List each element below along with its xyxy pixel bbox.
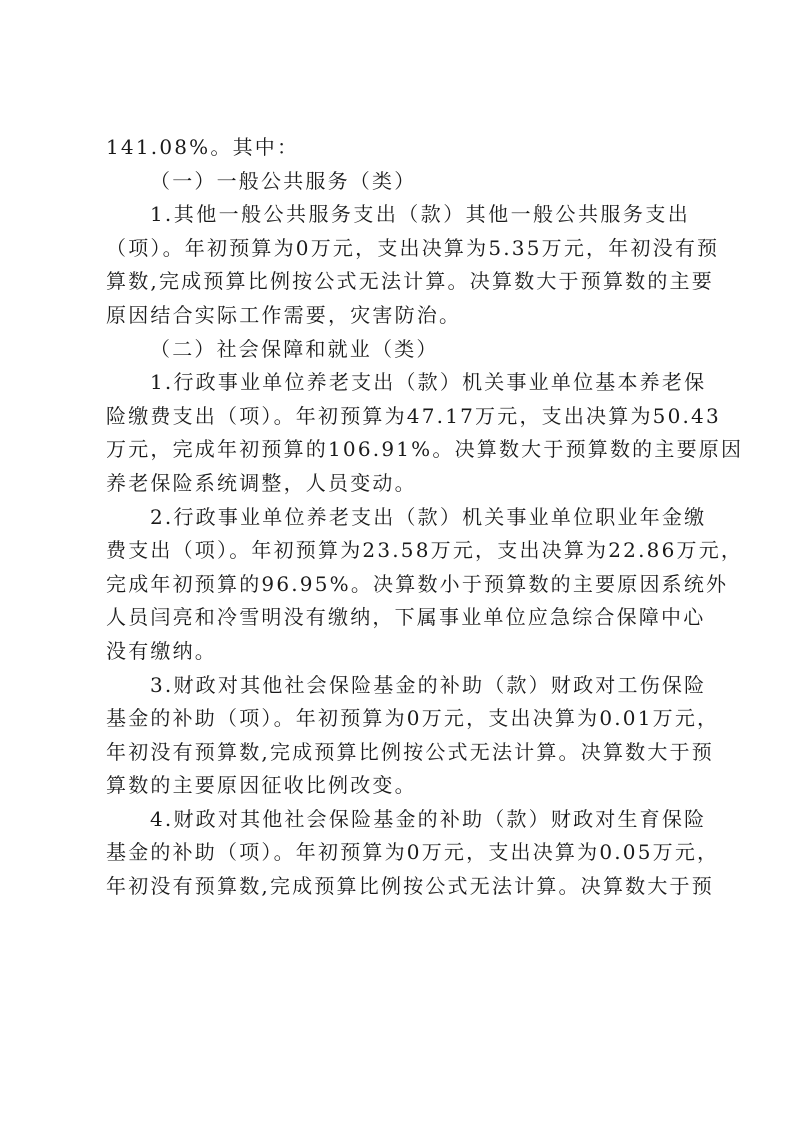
section-heading-general-public-services: （一）一般公共服务（类） [106, 165, 690, 199]
paragraph-line: 没有缴纳。 [106, 635, 690, 669]
paragraph-line: 完成年初预算的96.95%。决算数小于预算数的主要原因系统外 [106, 568, 690, 602]
paragraph-line: 2.行政事业单位养老支出（款）机关事业单位职业年金缴 [106, 501, 690, 535]
document-page: 141.08%。其中： （一）一般公共服务（类） 1.其他一般公共服务支出（款）… [106, 131, 690, 904]
section-heading-social-security: （二）社会保障和就业（类） [106, 333, 690, 367]
paragraph-line: 年初没有预算数,完成预算比例按公式无法计算。决算数大于预 [106, 870, 690, 904]
text-line: 141.08%。其中： [106, 131, 690, 165]
paragraph-line: 养老保险系统调整，人员变动。 [106, 467, 690, 501]
paragraph-line: 算数,完成预算比例按公式无法计算。决算数大于预算数的主要 [106, 265, 690, 299]
paragraph-line: 1.其他一般公共服务支出（款）其他一般公共服务支出 [106, 198, 690, 232]
paragraph-line: 基金的补助（项）。年初预算为0万元，支出决算为0.01万元， [106, 702, 690, 736]
paragraph-line: 基金的补助（项）。年初预算为0万元，支出决算为0.05万元， [106, 836, 690, 870]
paragraph-line: 原因结合实际工作需要，灾害防治。 [106, 299, 690, 333]
paragraph-line: 3.财政对其他社会保险基金的补助（款）财政对工伤保险 [106, 669, 690, 703]
paragraph-line: 年初没有预算数,完成预算比例按公式无法计算。决算数大于预 [106, 736, 690, 770]
paragraph-line: 算数的主要原因征收比例改变。 [106, 769, 690, 803]
paragraph-line: 险缴费支出（项）。年初预算为47.17万元，支出决算为50.43 [106, 400, 690, 434]
paragraph-line: （项）。年初预算为0万元，支出决算为5.35万元，年初没有预 [106, 232, 690, 266]
paragraph-line: 4.财政对其他社会保险基金的补助（款）财政对生育保险 [106, 803, 690, 837]
paragraph-line: 费支出（项）。年初预算为23.58万元，支出决算为22.86万元， [106, 534, 690, 568]
paragraph-line: 1.行政事业单位养老支出（款）机关事业单位基本养老保 [106, 366, 690, 400]
paragraph-line: 人员闫亮和冷雪明没有缴纳，下属事业单位应急综合保障中心 [106, 601, 690, 635]
paragraph-line: 万元，完成年初预算的106.91%。决算数大于预算数的主要原因 [106, 433, 690, 467]
